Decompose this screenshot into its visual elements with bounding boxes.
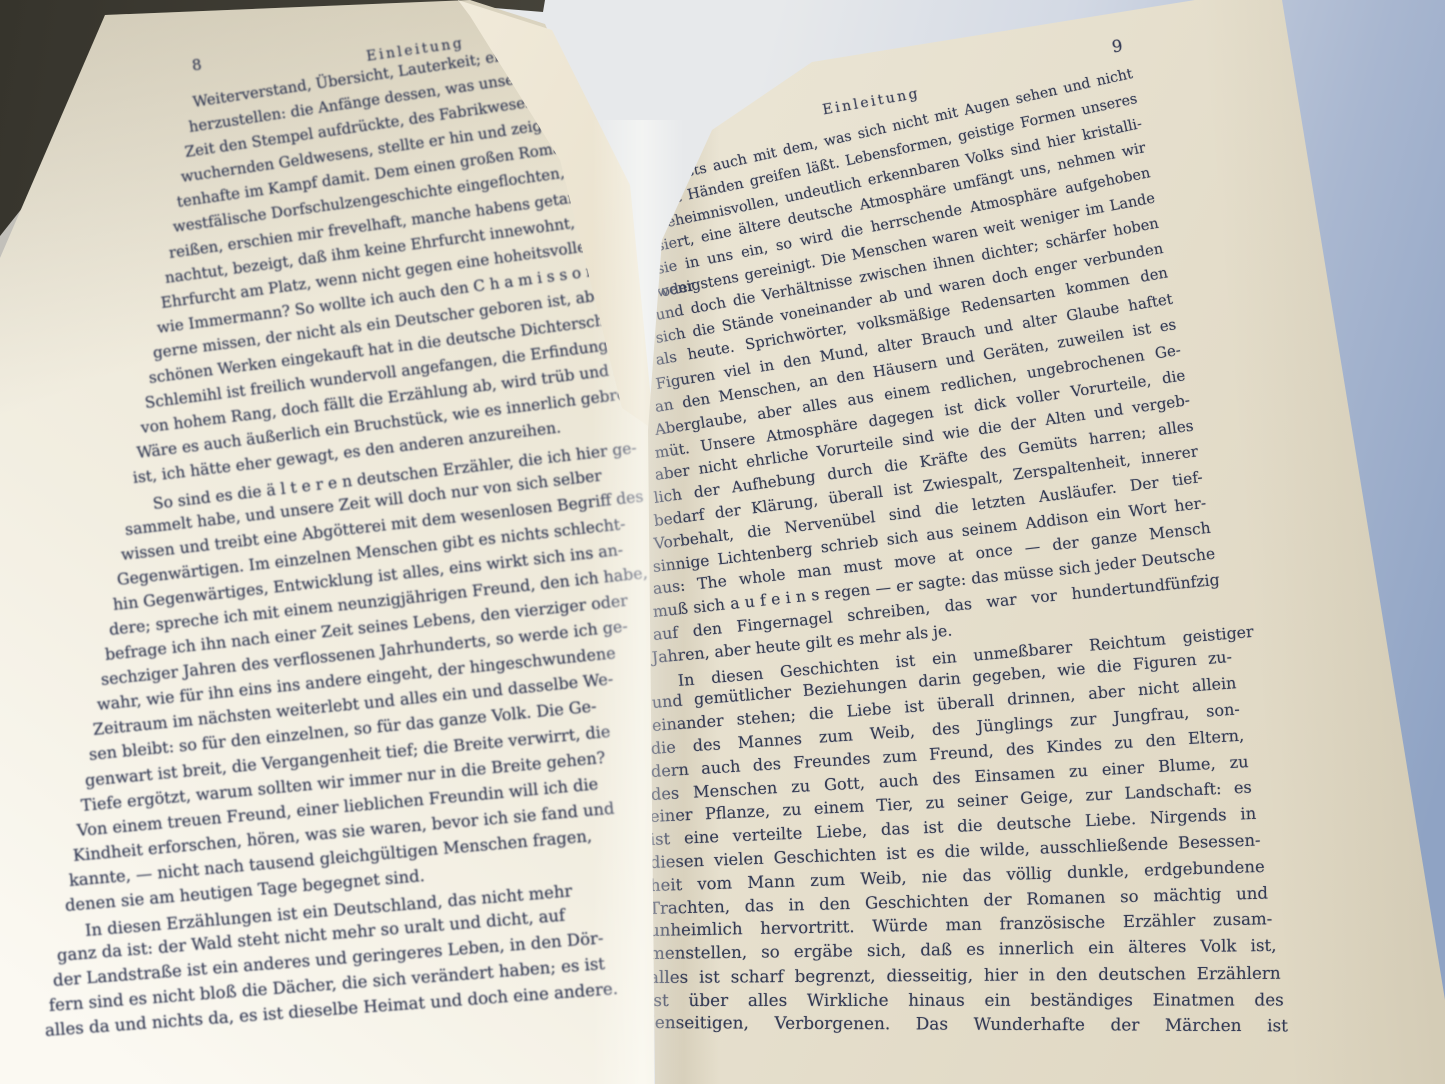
right-page-text: So ists auch mit dem, was sich nicht mit…: [648, 168, 1308, 1034]
text-line: Jenseitigen, Verborgenen. Das Wunderhaft…: [648, 1011, 1288, 1037]
right-page-number: 9: [1111, 36, 1124, 56]
text-line: ist über alles Wirkliche hinaus ein best…: [648, 988, 1284, 1011]
left-page-number: 8: [191, 55, 203, 74]
text-line: alles ist scharf begrenzt, diesseitig, h…: [648, 962, 1280, 989]
book-photo: 8 Einleitung Weiterverstand, Übersicht, …: [0, 0, 1445, 1084]
